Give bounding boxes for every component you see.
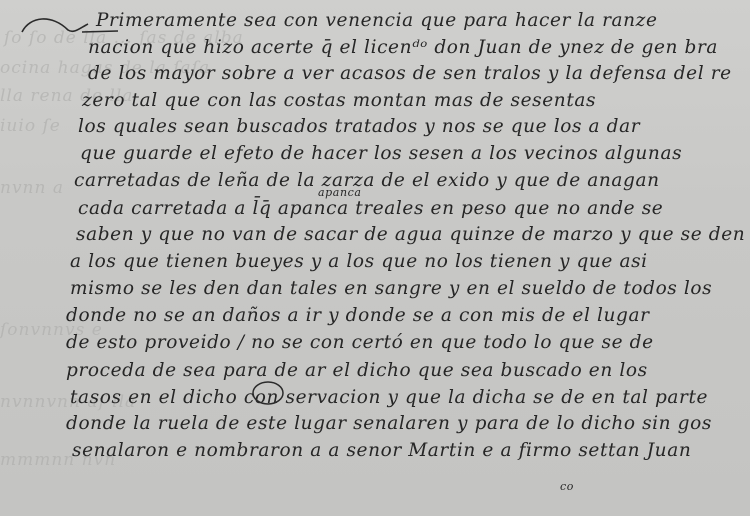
manuscript-line-10: a los que tienen bueyes y a los que no l… [70, 251, 648, 272]
manuscript-line-7: carretadas de leña de la zarza de el exi… [74, 170, 660, 191]
manuscript-line-14: proceda de sea para de ar el dicho que s… [66, 360, 648, 381]
manuscript-line-6: que guarde el efeto de hacer los sesen a… [80, 143, 682, 164]
manuscript-line-9: saben y que no van de sacar de agua quin… [76, 224, 745, 245]
manuscript-line-13: de esto proveido / no se con certó en qu… [66, 332, 654, 353]
paragraph-mark-icon [250, 378, 286, 408]
manuscript-line-4: zero tal que con las costas montan mas d… [82, 90, 596, 111]
manuscript-line-15: tasos en el dicho con servacion y que la… [70, 387, 708, 408]
manuscript-line-17: senalaron e nombraron a a senor Martin e… [72, 440, 691, 461]
manuscript-line-2: nacion que hizo acerte q̄ el licenᵈᵒ don… [88, 37, 718, 58]
manuscript-line-12: donde no se an daños a ir y donde se a c… [66, 305, 650, 326]
manuscript-page: ſo ſo de lla ... ſas de alba ocina hagas… [0, 0, 750, 516]
manuscript-line-3: de los mayor sobre a ver acasos de sen t… [88, 63, 732, 84]
manuscript-line-16: donde la ruela de este lugar senalaren y… [66, 413, 712, 434]
manuscript-line-8: cada carretada a l̄q̄ apanca treales en … [78, 198, 663, 219]
bleed-through-text: iuio ſe [0, 116, 61, 136]
manuscript-line-1: Primeramente sea con venencia que para h… [96, 10, 658, 31]
bleed-through-text: nvnn a [0, 178, 64, 198]
manuscript-line-11: mismo se les den dan tales en sangre y e… [70, 278, 712, 299]
manuscript-line-5: los quales sean buscados tratados y nos … [78, 116, 640, 137]
interlinear-note: apanca [318, 186, 362, 199]
interlinear-note: co [560, 480, 574, 493]
